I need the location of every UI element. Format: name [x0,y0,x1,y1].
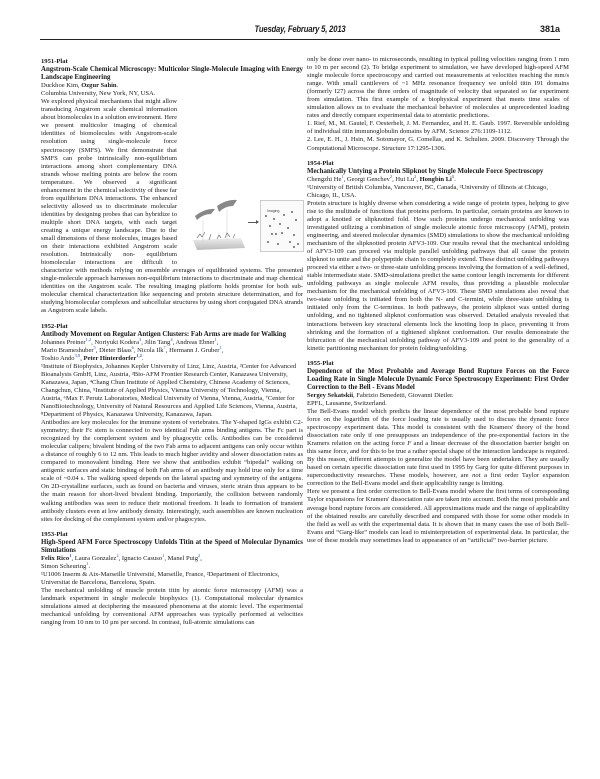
reference-item: 2. Lee, E. H., J. Hsin, M. Sotomayor, G.… [307,136,569,152]
author: Simon Scheuring1. [41,563,90,570]
abstract-1953: 1953-Plat High-Speed AFM Force Spectrosc… [41,531,303,628]
author-list: Felix Rico1, Laura Gonzalez2, Ignacio Ca… [41,555,303,571]
author-names: , Fabrizio Benedetti, Giovanni Dietler. [353,392,454,399]
author: Manel Puig2, [168,555,202,562]
reference-item: 1. Rief, M., M. Gautel, F. Oesterhelt, J… [307,120,569,136]
presenting-author: Sergey Sekatskii [307,392,353,399]
abstract-id: 1954-Plat [307,160,569,168]
abstract-body-part2: only be done over nano- to microseconds,… [307,56,569,120]
author-list: Johannes Preiner1,2, Noriyuki Kodera3, J… [41,339,303,363]
figure-label: Imaging [267,207,279,215]
left-column: 1951-Plat Angstrom-Scale Chemical Micros… [41,58,303,634]
header-date: Tuesday, February 5, 2013 [79,24,521,34]
author: Johannes Preiner1,2, [41,339,94,346]
author-list: Chengzhi He1, Georgi Genchev2, Hui Lu2, … [307,176,569,184]
presenting-author: Felix Rico1 [41,555,71,562]
abstract-id: 1955-Plat [307,360,569,368]
abstract-1951: 1951-Plat Angstrom-Scale Chemical Micros… [41,58,303,316]
author: Noriyuki Kodera3, [94,339,144,346]
author: Toshio Ando3,8, [41,355,83,362]
author: Chengzhi He1, [307,176,347,183]
abstract-body-paragraph-1: The Bell-Evans model which predicts the … [307,408,569,488]
author-names: Duckhoe Kim, [41,82,81,89]
author: Dieter Blaas6, [99,347,137,354]
arrow-icon [248,222,257,223]
abstract-title: Angstrom-Scale Chemical Microscopy: Mult… [41,66,303,82]
presenting-author: Peter Hinterdorfer1,2 [83,355,141,362]
affiliation: ¹U1006 Inserm & Aix-Marseille Université… [41,571,303,587]
presenting-author: Hongbin Li1 [420,176,454,183]
abstract-title: Mechanically Untying a Protein Slipknot … [307,168,569,176]
author: Georgi Genchev2, [347,176,396,183]
page-header: Tuesday, February 5, 2013 381a [40,20,560,40]
abstract-title: Dependence of the Most Probable and Aver… [307,368,569,392]
affiliation: EPFL, Lausanne, Switzerland. [307,400,569,408]
right-column: only be done over nano- to microseconds,… [307,56,569,552]
afm-cantilever-icon [189,198,245,252]
abstract-1953-continued: only be done over nano- to microseconds,… [307,56,569,153]
reference-list: 1. Rief, M., M. Gautel, F. Oesterhelt, J… [307,120,569,152]
abstract-body-part1: The mechanical unfolding of muscle prote… [41,587,303,627]
abstract-id: 1952-Plat [41,323,303,331]
author: Mario Brameshuber5, [41,347,99,354]
multicolor-image-panel: Imaging [260,200,304,252]
abstract-title: High-Speed AFM Force Spectroscopy Unfold… [41,539,303,555]
abstract-body: Protein structure is highly diverse when… [307,200,569,353]
abstract-body-paragraph-2: Here we present a first order correction… [307,488,569,544]
abstract-figure: Imaging [183,196,303,258]
author: Hui Lu2, [395,176,419,183]
author: Ignacio Casuso1, [122,555,168,562]
author-list: Duckhoe Kim, Ozgur Sahin. [41,82,303,90]
afm-tip-illustration [189,198,245,252]
abstract-1954: 1954-Plat Mechanically Untying a Protein… [307,160,569,353]
affiliation: Columbia University, New York, NY, USA. [41,90,303,98]
author-suffix: . [117,82,119,89]
affiliation: ¹Institute of Biophysics, Johannes Keple… [41,363,303,419]
author: Jilin Tang4, [145,339,176,346]
page-number: 381a [540,24,560,34]
abstract-1952: 1952-Plat Antibody Movement on Regular A… [41,323,303,524]
abstract-1955: 1955-Plat Dependence of the Most Probabl… [307,360,569,545]
author: Andreas Ebner1, [176,339,219,346]
author: Hermann J. Gruber1, [169,347,223,354]
author: Laura Gonzalez2, [75,555,122,562]
affiliation: ¹University of British Columbia, Vancouv… [307,184,569,200]
abstract-body: Imaging We explored physical mechanisms … [41,98,303,315]
abstract-id: 1953-Plat [41,531,303,539]
abstract-id: 1951-Plat [41,58,303,66]
presenting-author: Ozgur Sahin [81,82,116,89]
abstract-body: Antibodies are key molecules for the imm… [41,419,303,524]
author-list: Sergey Sekatskii, Fabrizio Benedetti, Gi… [307,392,569,400]
